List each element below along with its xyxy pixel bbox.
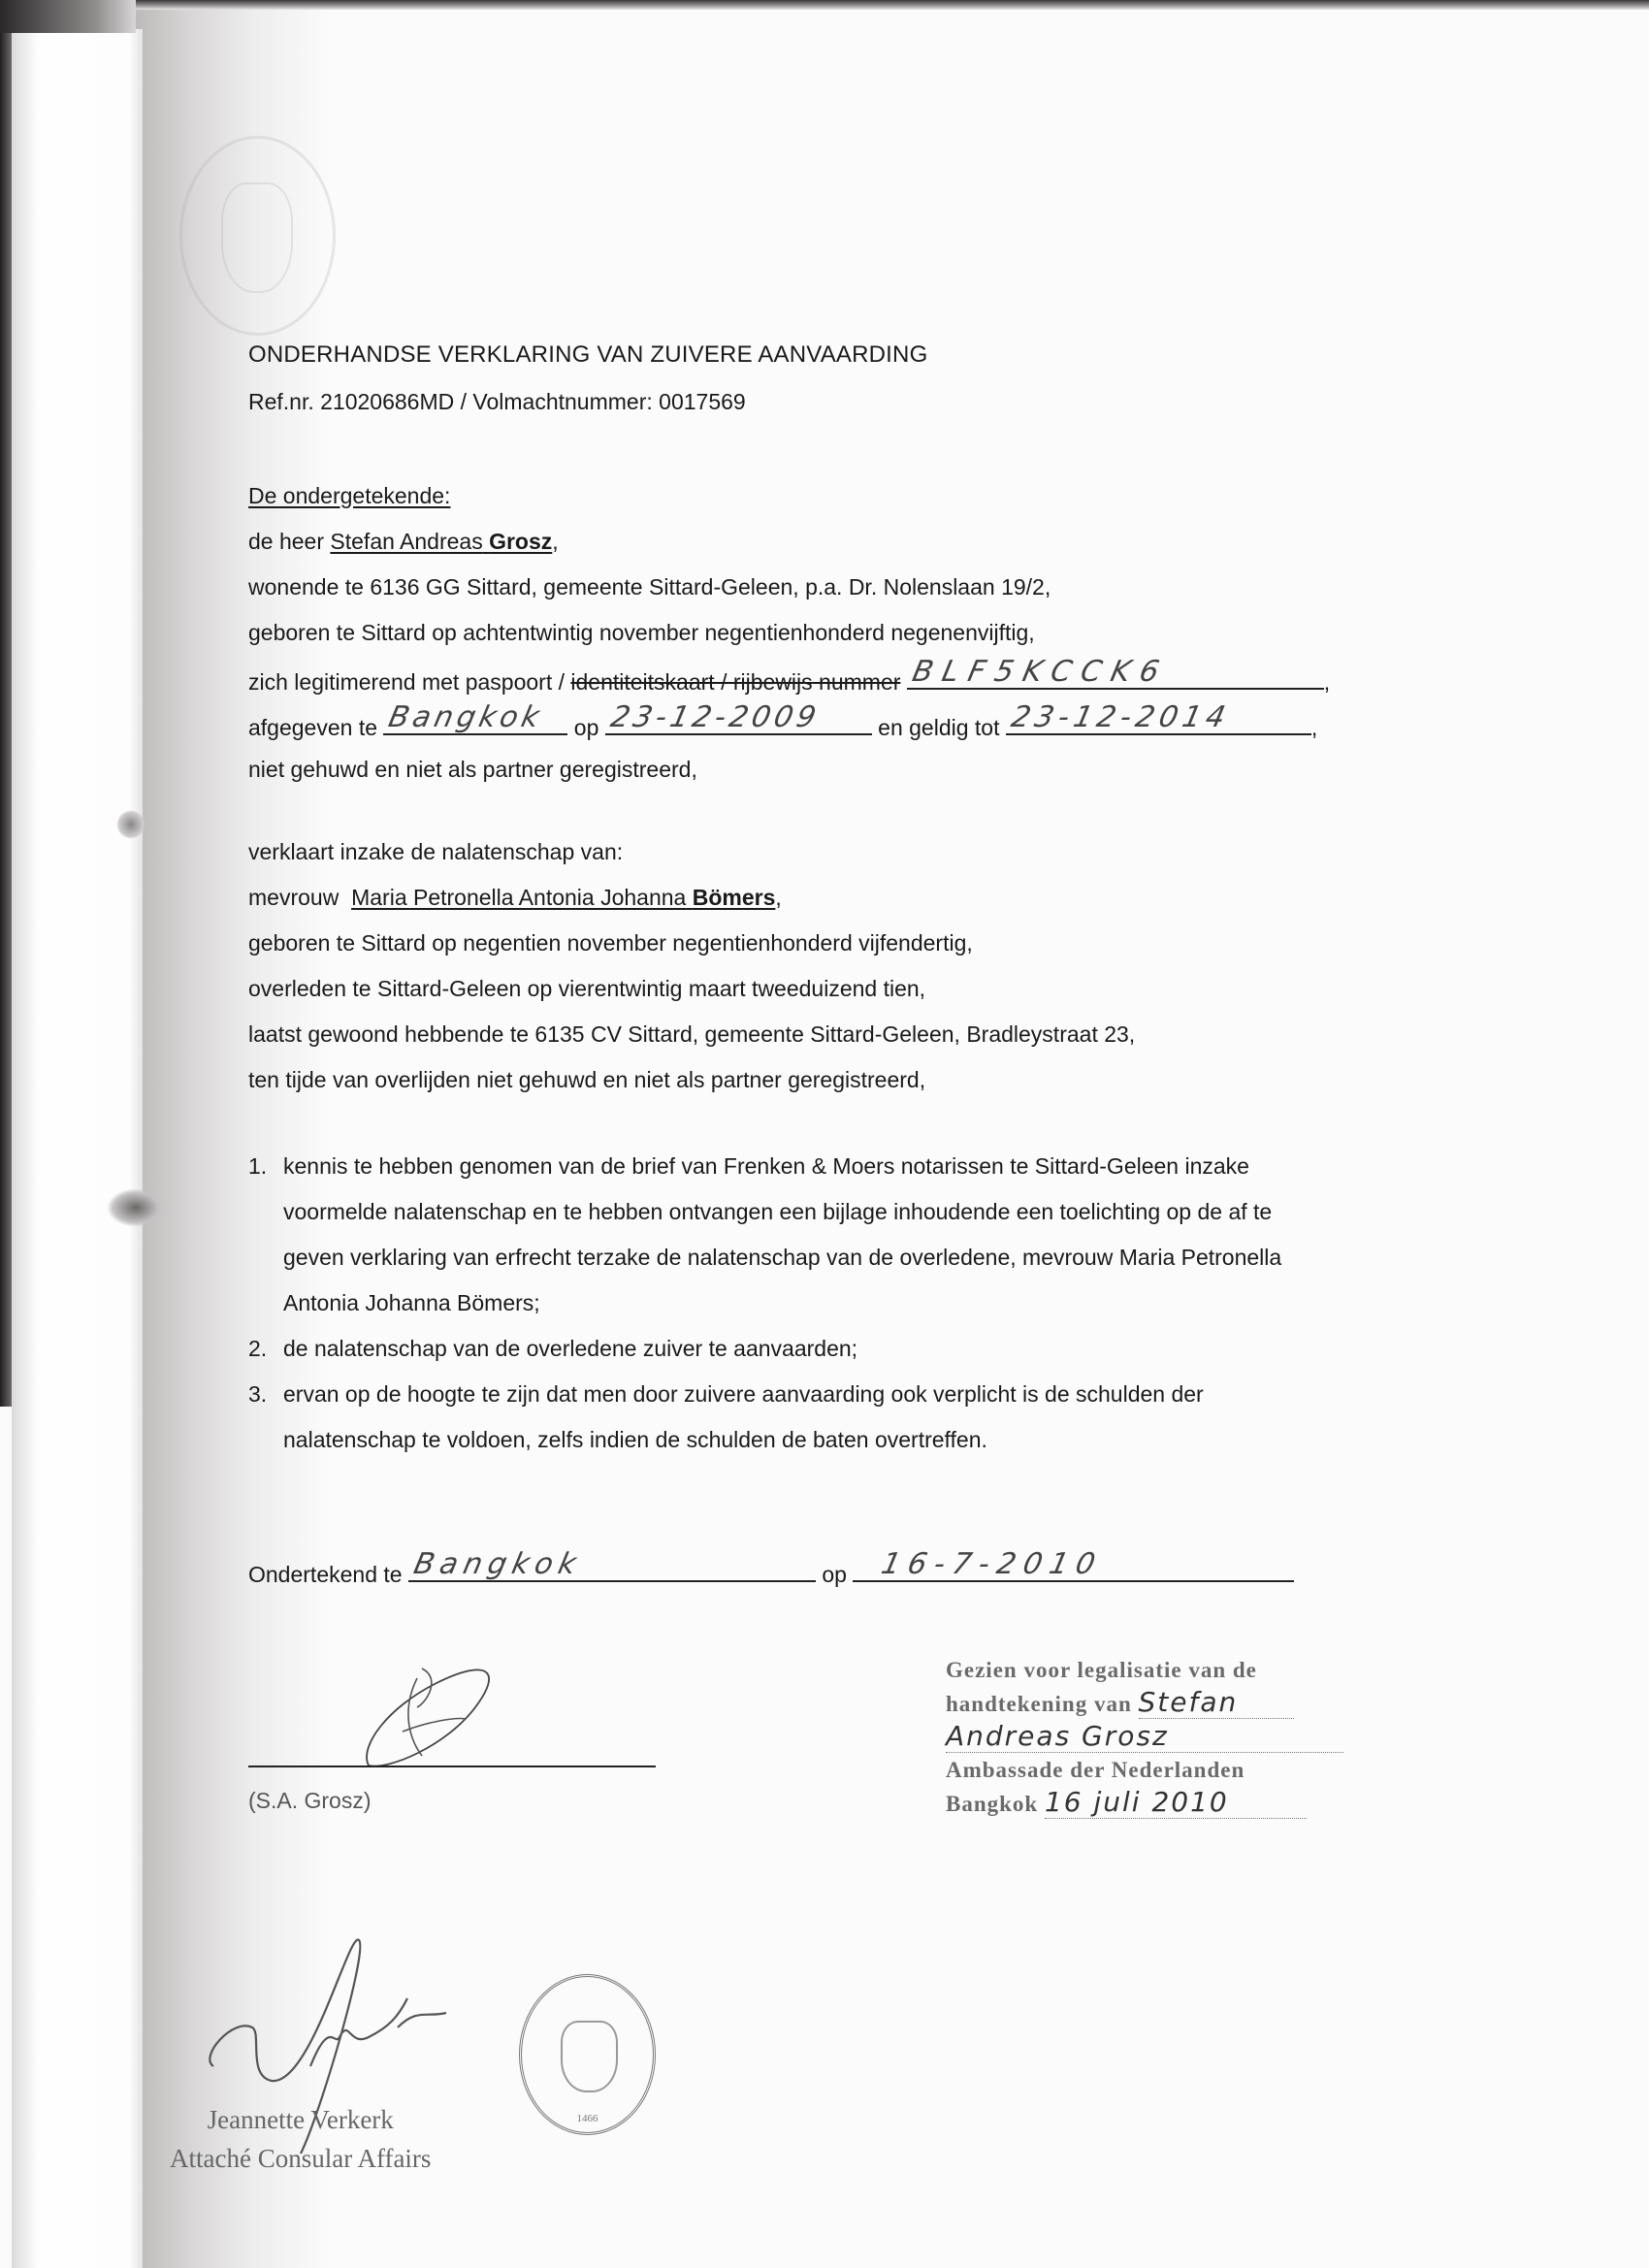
signer-caption: (S.A. Grosz) <box>248 1787 372 1814</box>
signatory-address: wonende te 6136 GG Sittard, gemeente Sit… <box>248 573 1051 600</box>
official-name: Jeannette Verkerk <box>170 2100 431 2139</box>
signing-date-label: op <box>822 1562 847 1587</box>
id-number-handwritten: BLF5KCCK6 <box>910 659 1171 686</box>
declaration-text: ervan op de hoogte te zijn dat men door … <box>283 1380 1204 1408</box>
id-label: zich legitimerend met paspoort / <box>248 669 570 695</box>
signing-date-handwritten: 16-7-2010 <box>879 1551 1105 1578</box>
legalisation-city: Bangkok <box>946 1792 1038 1816</box>
consular-official: Jeannette Verkerk Attaché Consular Affai… <box>170 2100 431 2178</box>
deceased-prefix: mevrouw <box>248 885 339 910</box>
grosz-signature <box>349 1649 514 1775</box>
signing-date-field: 16-7-2010 <box>853 1557 1294 1582</box>
scanned-page: ONDERHANDSE VERKLARING VAN ZUIVERE AANVA… <box>0 0 1649 2268</box>
deceased-surname: Bömers <box>693 885 776 910</box>
signatory-marital-status: niet gehuwd en niet als partner geregist… <box>248 756 697 783</box>
legalisation-line-2: handtekening van Stefan <box>946 1686 1353 1720</box>
legalisation-handwritten-surname: Andreas Grosz <box>946 1720 1343 1753</box>
coat-of-arms-icon <box>561 2021 618 2092</box>
declaration-number: 1. <box>248 1152 267 1180</box>
issued-on-field: 23-12-2009 <box>605 710 872 735</box>
declaration-number: 3. <box>248 1380 267 1408</box>
signatory-birth: geboren te Sittard op achtentwintig nove… <box>248 619 1035 646</box>
id-label-struck: identiteitskaart / rijbewijs <box>570 669 812 695</box>
declaration-number: 2. <box>248 1335 267 1362</box>
legalisation-label: handtekening van <box>946 1692 1132 1716</box>
deceased-death: overleden te Sittard-Geleen op vierentwi… <box>248 975 925 1002</box>
id-label-number: nummer <box>813 669 901 695</box>
estate-intro: verklaart inzake de nalatenschap van: <box>248 838 623 865</box>
declaration-text: de nalatenschap van de overledene zuiver… <box>283 1335 857 1362</box>
issued-at-label: afgegeven te <box>248 715 377 740</box>
scanner-corner-shadow <box>0 0 136 33</box>
legalisation-handwritten-date: 16 juli 2010 <box>1045 1786 1307 1819</box>
deceased-marital-status: ten tijde van overlijden niet gehuwd en … <box>248 1066 925 1093</box>
deceased-name: Maria Petronella Antonia Johanna Bömers <box>351 885 775 910</box>
legalisation-line-3: Andreas Grosz <box>946 1720 1353 1754</box>
signing-place-handwritten: Bangkok <box>411 1551 584 1578</box>
declaration-text: voormelde nalatenschap en te hebben ontv… <box>283 1198 1272 1225</box>
declaration-text: geven verklaring van erfrecht terzake de… <box>283 1244 1281 1271</box>
valid-until-handwritten: 23-12-2014 <box>1009 704 1232 731</box>
declaration-text: nalatenschap te voldoen, zelfs indien de… <box>283 1426 987 1453</box>
deceased-name-line: mevrouw Maria Petronella Antonia Johanna… <box>248 884 782 911</box>
reference-number: Ref.nr. 21020686MD / Volmachtnummer: 001… <box>248 388 746 415</box>
issue-line: afgegeven te Bangkok op 23-12-2009 en ge… <box>248 710 1317 741</box>
paper-tear <box>107 1188 165 1227</box>
signatory-surname: Grosz <box>489 529 552 554</box>
scanner-top-edge <box>0 0 1649 10</box>
issued-on-label: op <box>574 715 599 740</box>
id-number-field: BLF5KCCK6 <box>907 664 1324 690</box>
folded-page-edge <box>12 29 143 2268</box>
declaration-text: kennis te hebben genomen van de brief va… <box>283 1152 1249 1180</box>
official-title: Attaché Consular Affairs <box>170 2139 431 2178</box>
signatory-name: Stefan Andreas Grosz <box>330 529 552 554</box>
paper-tear <box>116 810 145 839</box>
legalisation-line-4: Ambassade der Nederlanden <box>946 1754 1353 1786</box>
issued-at-handwritten: Bangkok <box>386 704 545 731</box>
section-heading-signatory: De ondergetekende: <box>248 482 450 509</box>
document-title: ONDERHANDSE VERKLARING VAN ZUIVERE AANVA… <box>248 341 927 369</box>
issued-on-handwritten: 23-12-2009 <box>608 704 822 731</box>
deceased-birth: geboren te Sittard op negentien november… <box>248 929 973 956</box>
legalisation-stamp: Gezien voor legalisatie van de handteken… <box>946 1654 1353 1820</box>
seal-number: 1466 <box>522 2113 653 2124</box>
signatory-prefix: de heer <box>248 529 324 554</box>
scanner-edge-shadow <box>0 29 12 1407</box>
embossed-seal-watermark <box>179 136 336 336</box>
valid-until-field: 23-12-2014 <box>1006 710 1311 735</box>
legalisation-line-5: Bangkok 16 juli 2010 <box>946 1786 1353 1820</box>
issued-at-field: Bangkok <box>383 710 567 735</box>
signing-line: Ondertekend te Bangkok op 16-7-2010 <box>248 1557 1294 1588</box>
signatory-name-line: de heer Stefan Andreas Grosz, <box>248 528 559 555</box>
signing-place-field: Bangkok <box>408 1557 816 1582</box>
deceased-given-names: Maria Petronella Antonia Johanna <box>351 885 686 910</box>
legalisation-line-1: Gezien voor legalisatie van de <box>946 1654 1353 1686</box>
deceased-last-address: laatst gewoond hebbende te 6135 CV Sitta… <box>248 1021 1135 1048</box>
declaration-text: Antonia Johanna Bömers; <box>283 1289 540 1316</box>
legalisation-handwritten-name: Stefan <box>1139 1686 1294 1719</box>
signatory-given-names: Stefan Andreas <box>330 529 482 554</box>
signing-place-label: Ondertekend te <box>248 1562 403 1587</box>
signature-line <box>248 1766 656 1767</box>
valid-until-label: en geldig tot <box>878 715 999 740</box>
embassy-seal: 1466 <box>519 1974 656 2135</box>
signatory-id-line: zich legitimerend met paspoort / identit… <box>248 664 1330 696</box>
